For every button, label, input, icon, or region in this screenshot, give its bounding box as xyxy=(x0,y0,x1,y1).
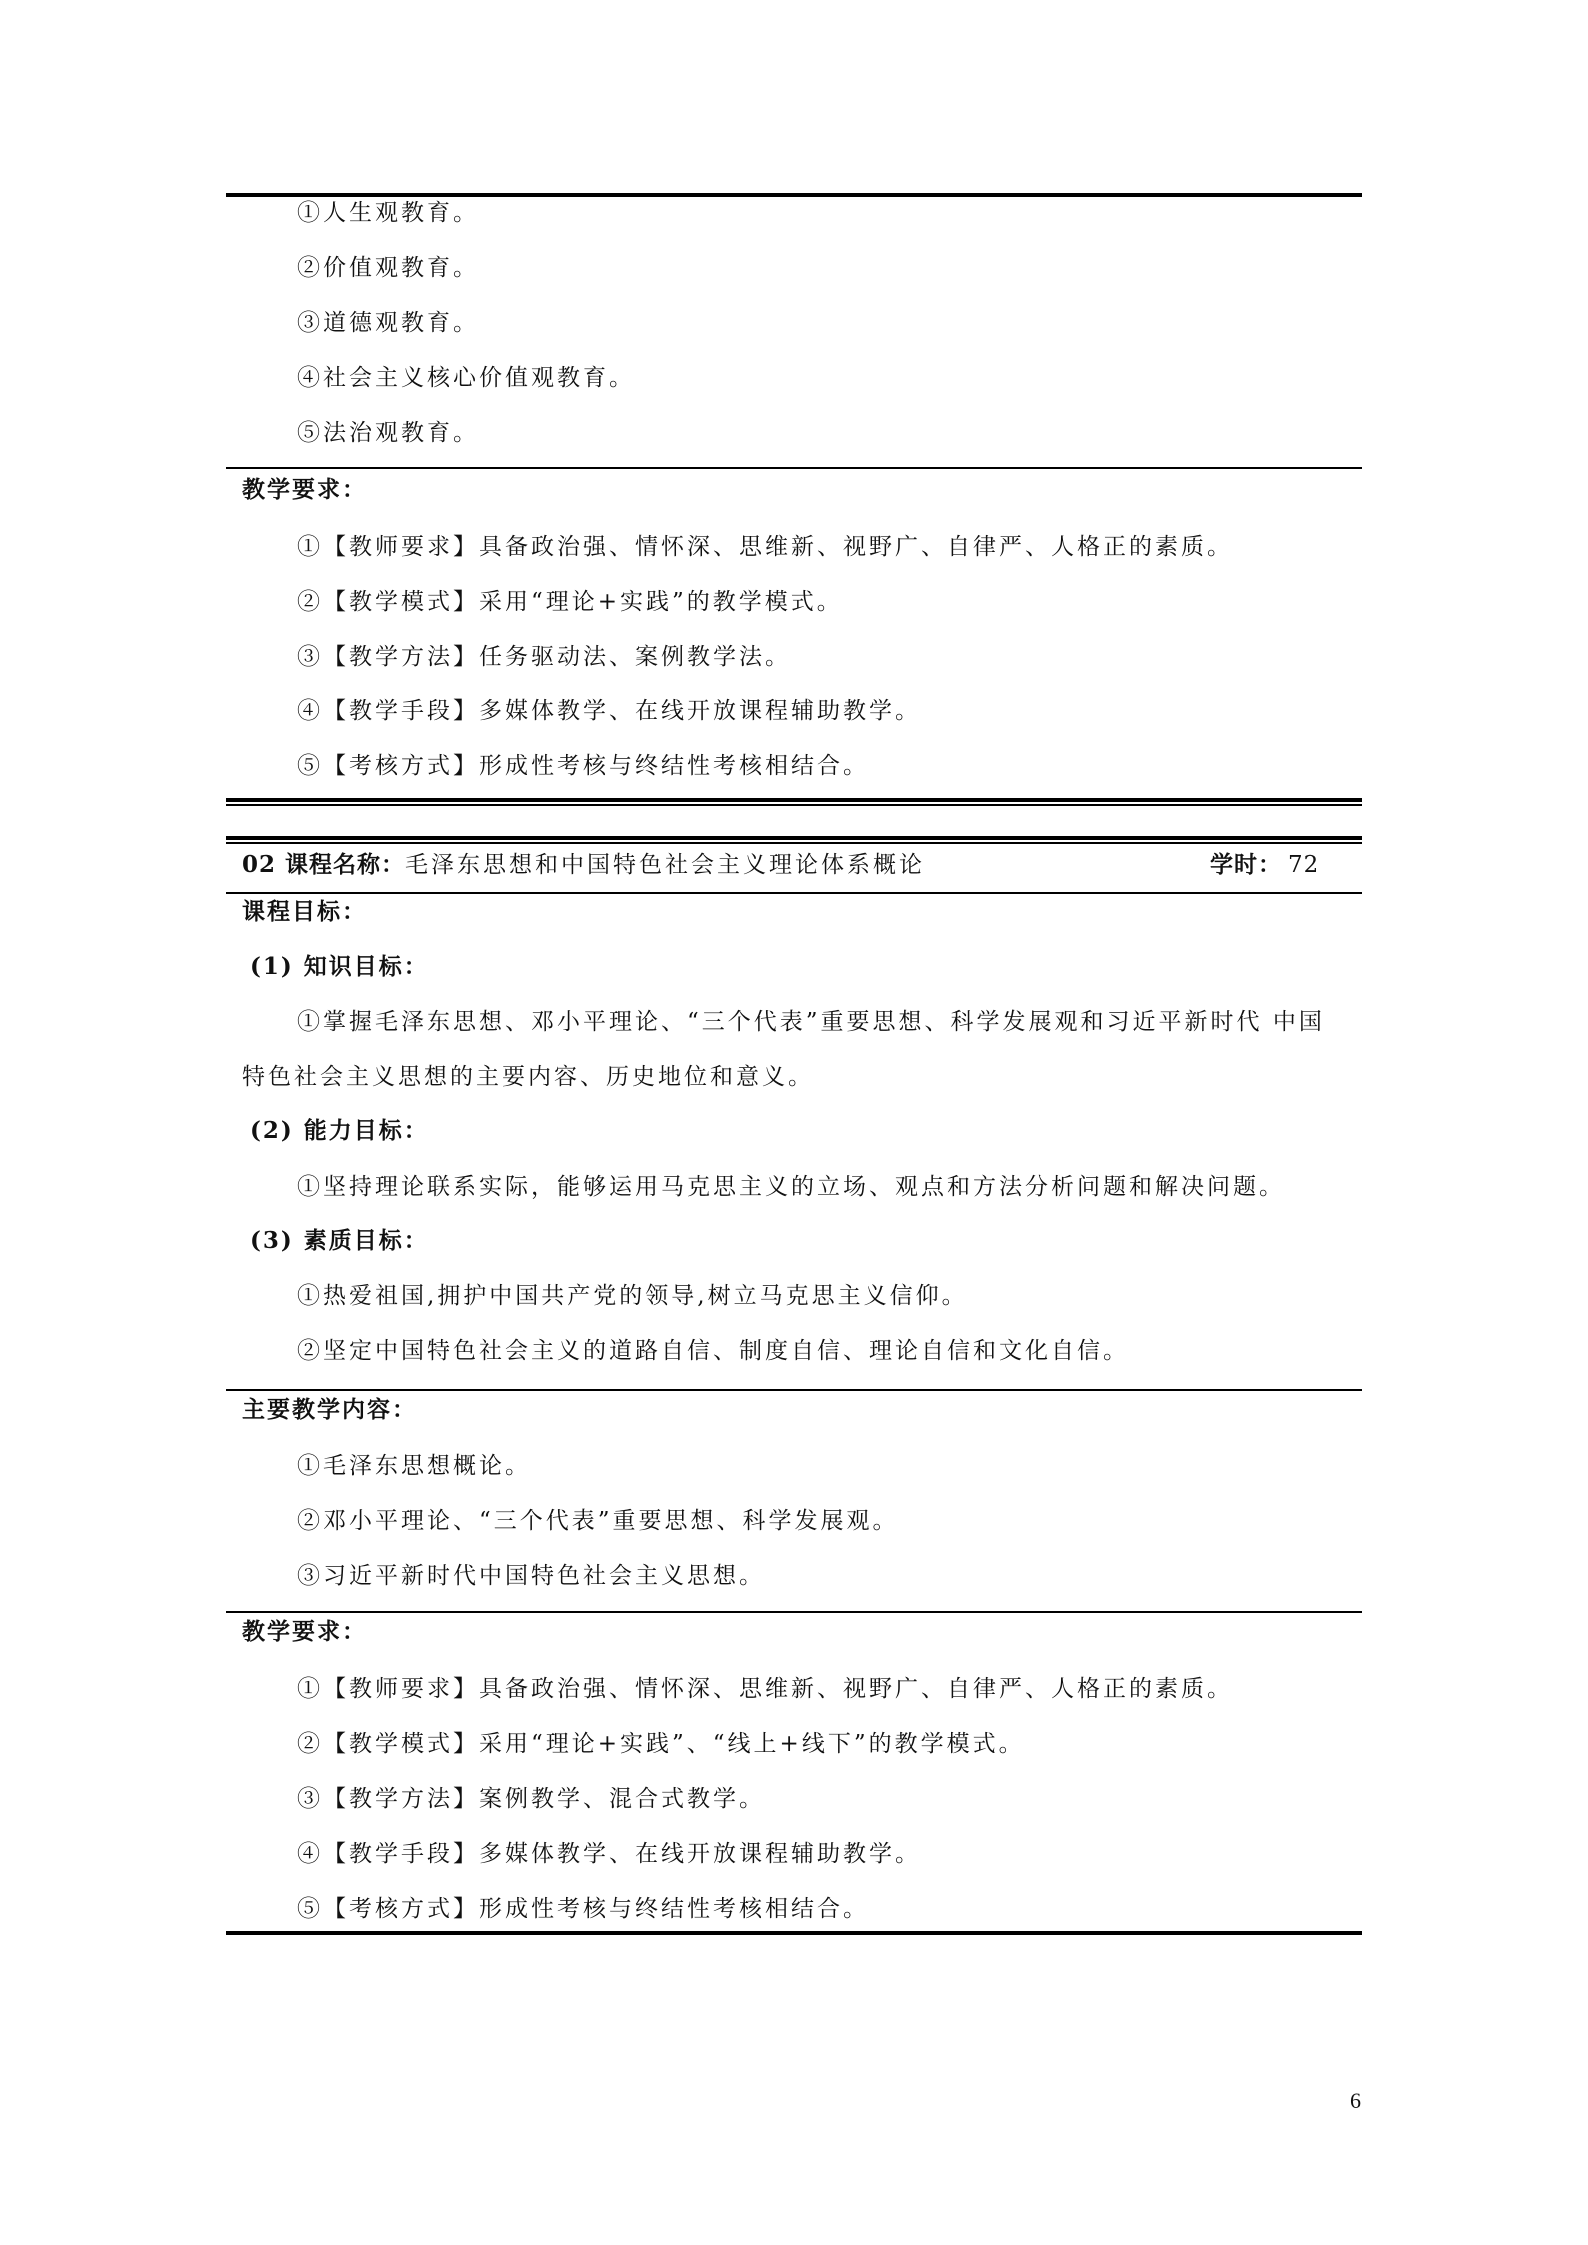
hours-value: 72 xyxy=(1288,852,1319,878)
main-content-heading: 主要教学内容： xyxy=(242,1395,417,1425)
teaching-requirements-heading: 教学要求： xyxy=(242,475,367,505)
section-rule xyxy=(226,892,1362,894)
requirement-item: ②【教学模式】采用“理论+实践”的教学模式。 xyxy=(297,587,843,617)
table-top-rule xyxy=(226,193,1362,197)
objective-item-continued: 特色社会主义思想的主要内容、历史地位和意义。 xyxy=(242,1062,814,1092)
ability-objective-label: (2) 能力目标： xyxy=(250,1116,429,1146)
requirement-item: ①【教师要求】具备政治强、情怀深、思维新、视野广、自律严、人格正的素质。 xyxy=(297,1674,1233,1704)
quality-objective-label: (3) 素质目标： xyxy=(250,1226,429,1256)
hours-label: 学时： xyxy=(1210,851,1282,878)
table-top-rule xyxy=(226,836,1362,840)
requirement-item: ②【教学模式】采用“理论+实践”、“线上+线下”的教学模式。 xyxy=(297,1729,1025,1759)
objectives-heading: 课程目标： xyxy=(242,897,367,927)
table-bottom-rule xyxy=(226,798,1362,802)
requirement-item: ④【教学手段】多媒体教学、在线开放课程辅助教学。 xyxy=(297,696,921,726)
requirement-item: ⑤【考核方式】形成性考核与终结性考核相结合。 xyxy=(297,1894,869,1924)
course-name: 毛泽东思想和中国特色社会主义理论体系概论 xyxy=(405,852,925,878)
objective-item: ①热爱祖国,拥护中国共产党的领导,树立马克思主义信仰。 xyxy=(297,1281,968,1311)
table-bottom-rule-thin xyxy=(226,804,1362,806)
content-item: ①人生观教育。 xyxy=(297,198,479,228)
content-item: ③道德观教育。 xyxy=(297,308,479,338)
table-bottom-rule xyxy=(226,1931,1362,1935)
content-item: ⑤法治观教育。 xyxy=(297,418,479,448)
requirement-item: ①【教师要求】具备政治强、情怀深、思维新、视野广、自律严、人格正的素质。 xyxy=(297,532,1233,562)
requirement-item: ③【教学方法】任务驱动法、案例教学法。 xyxy=(297,642,791,672)
content-item: ②邓小平理论、“三个代表”重要思想、科学发展观。 xyxy=(297,1506,899,1536)
content-item: ③习近平新时代中国特色社会主义思想。 xyxy=(297,1561,765,1591)
course-number-label: 02 课程名称： xyxy=(242,851,405,878)
content-item: ④社会主义核心价值观教育。 xyxy=(297,363,635,393)
teaching-requirements-heading: 教学要求： xyxy=(242,1617,367,1647)
objective-item: ②坚定中国特色社会主义的道路自信、制度自信、理论自信和文化自信。 xyxy=(297,1336,1129,1366)
requirement-item: ③【教学方法】案例教学、混合式教学。 xyxy=(297,1784,765,1814)
objective-item: ①掌握毛泽东思想、邓小平理论、“三个代表”重要思想、科学发展观和习近平新时代 中… xyxy=(297,1007,1325,1037)
section-rule xyxy=(226,1389,1362,1391)
knowledge-objective-label: (1) 知识目标： xyxy=(250,952,429,982)
content-item: ①毛泽东思想概论。 xyxy=(297,1451,531,1481)
table-top-rule-thin xyxy=(226,842,1362,844)
objective-item: ①坚持理论联系实际，能够运用马克思主义的立场、观点和方法分析问题和解决问题。 xyxy=(297,1172,1285,1202)
course-title-row: 02 课程名称：毛泽东思想和中国特色社会主义理论体系概论 xyxy=(242,850,925,880)
course-hours: 学时：72 xyxy=(1210,850,1319,880)
requirement-item: ④【教学手段】多媒体教学、在线开放课程辅助教学。 xyxy=(297,1839,921,1869)
content-item: ②价值观教育。 xyxy=(297,253,479,283)
section-rule xyxy=(226,1611,1362,1613)
page-number: 6 xyxy=(1350,2088,1361,2114)
requirement-item: ⑤【考核方式】形成性考核与终结性考核相结合。 xyxy=(297,751,869,781)
section-rule xyxy=(226,467,1362,469)
